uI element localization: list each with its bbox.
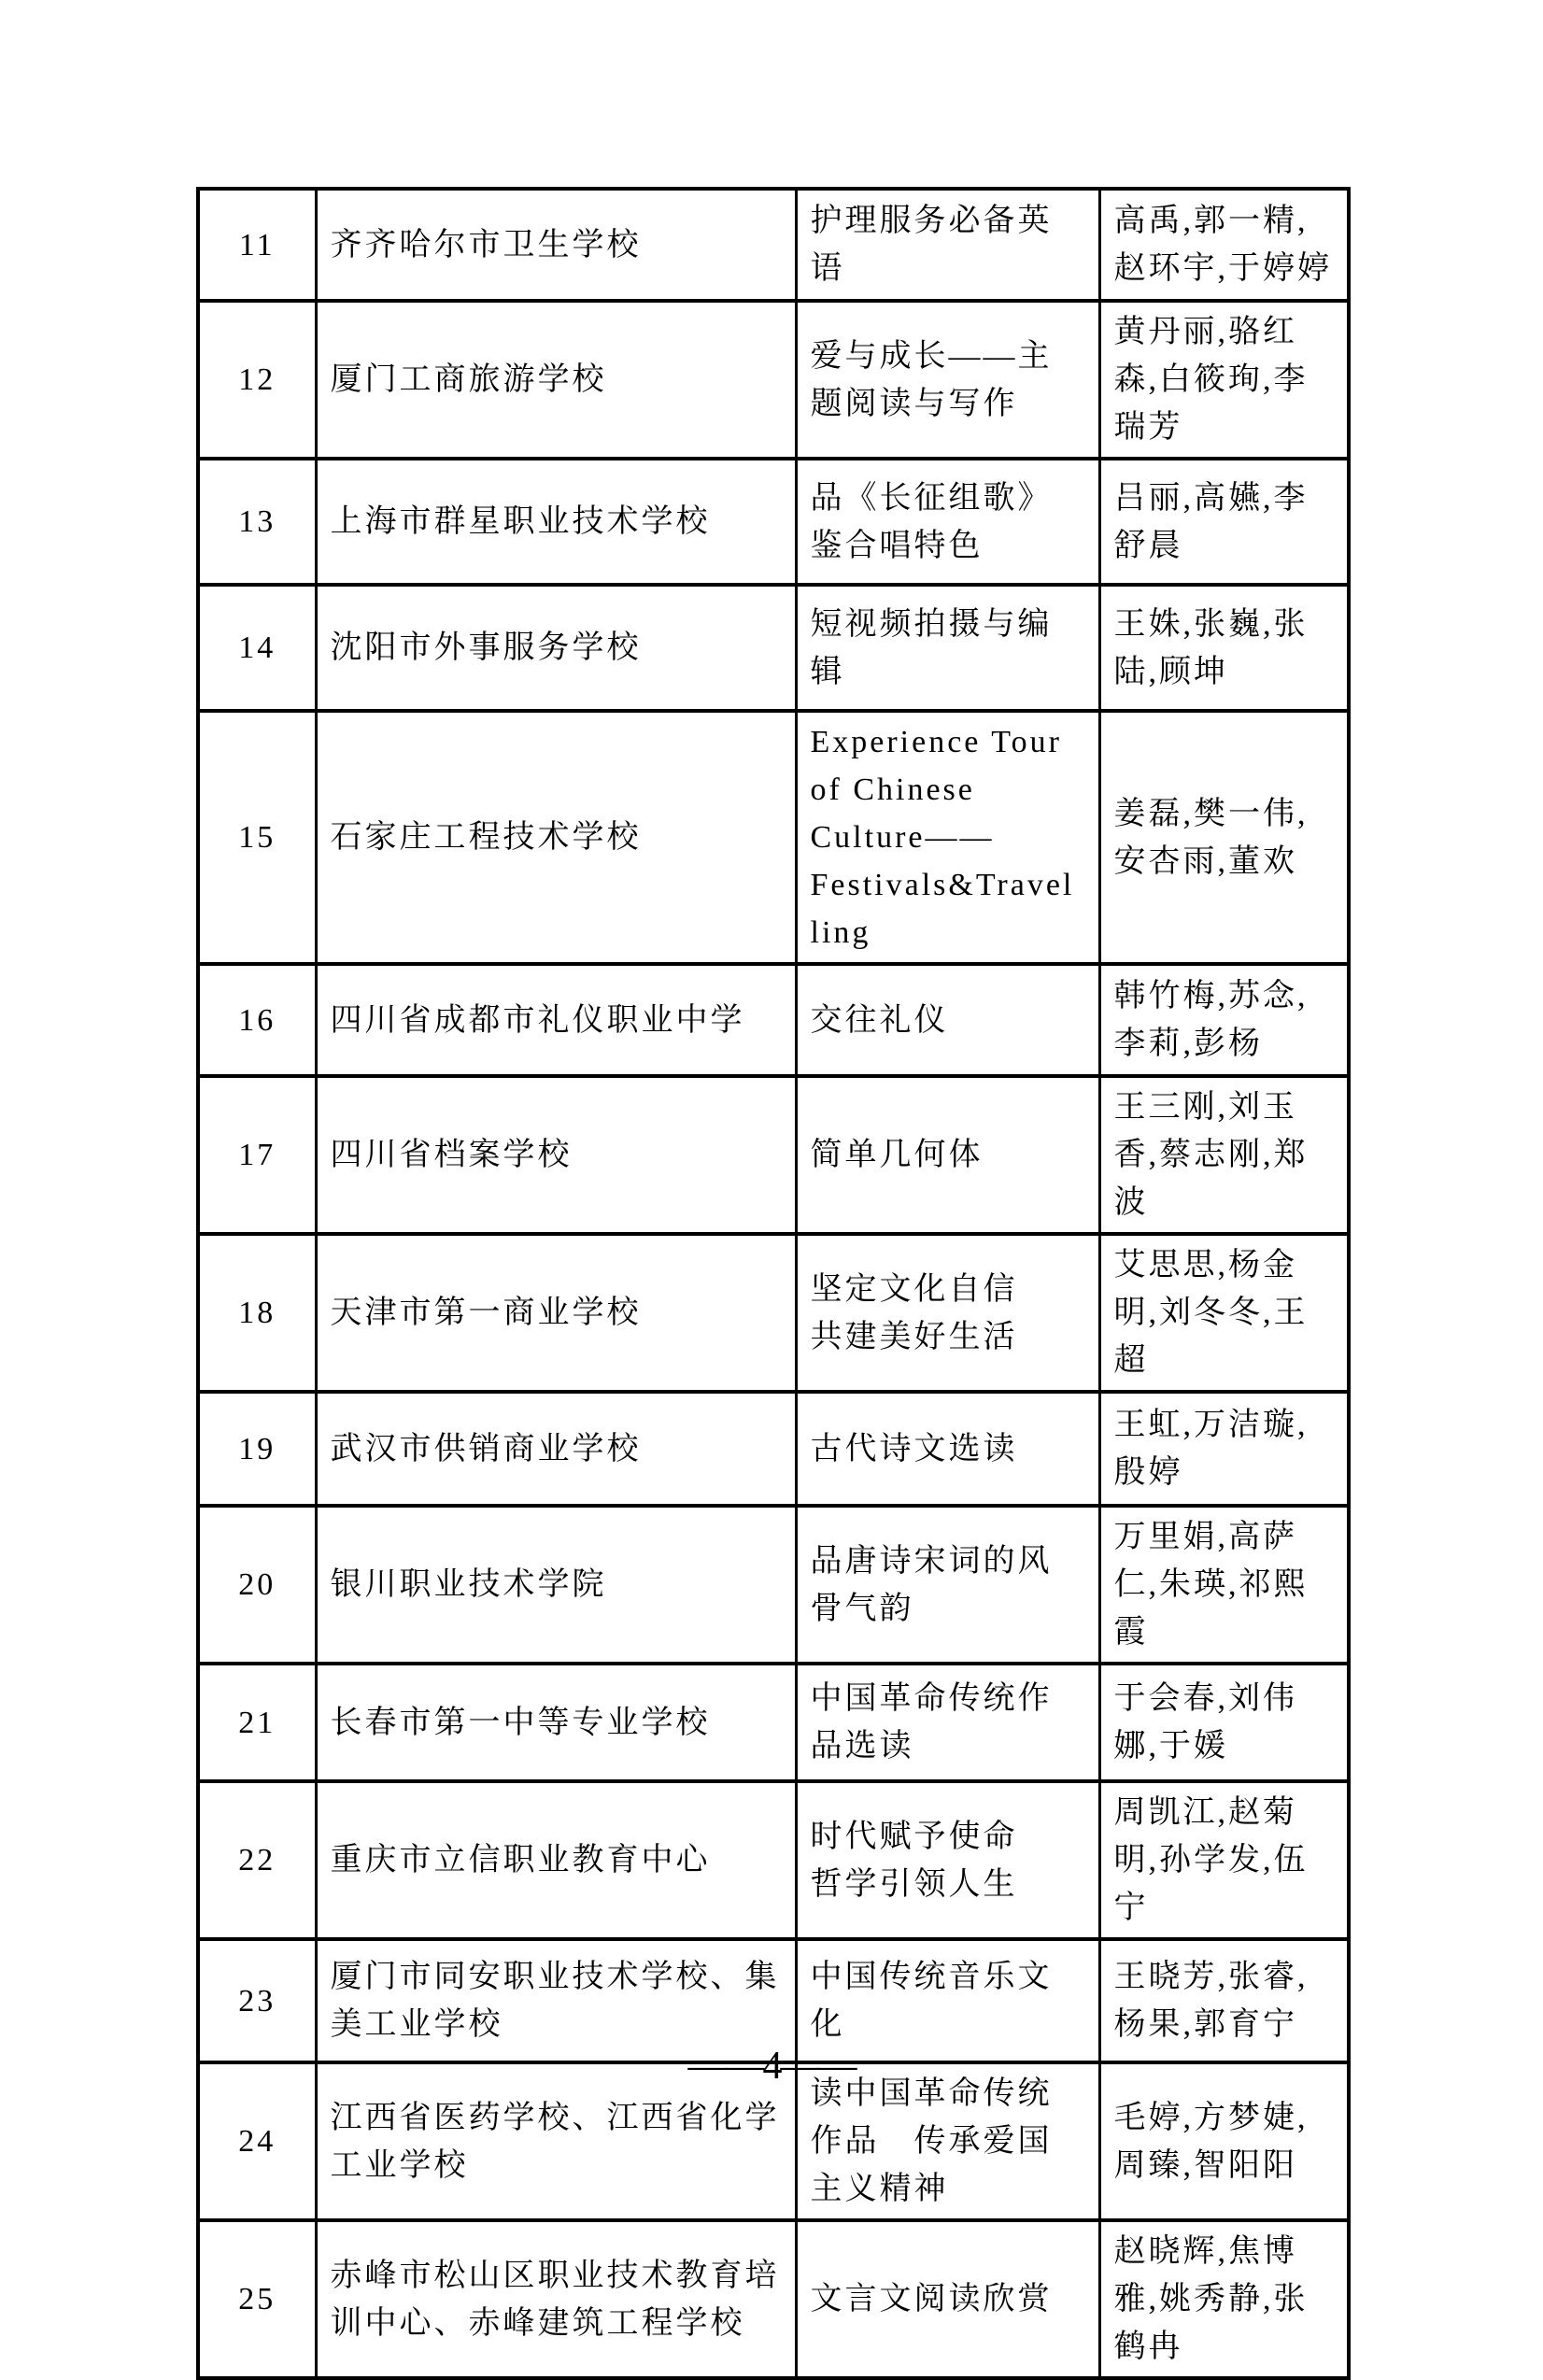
school-cell: 天津市第一商业学校 <box>316 1234 796 1392</box>
row-number-cell: 25 <box>198 2220 316 2378</box>
row-number-cell: 20 <box>198 1506 316 1664</box>
authors-cell: 王姝,张巍,张陆,顾坤 <box>1099 585 1349 711</box>
row-number-cell: 16 <box>198 964 316 1076</box>
row-number-cell: 19 <box>198 1392 316 1506</box>
course-cell: 短视频拍摄与编辑 <box>796 585 1099 711</box>
table-row: 25 赤峰市松山区职业技术教育培训中心、赤峰建筑工程学校 文言文阅读欣赏 赵晓辉… <box>198 2220 1349 2378</box>
authors-cell: 王三刚,刘玉香,蔡志刚,郑波 <box>1099 1076 1349 1234</box>
table-row: 13 上海市群星职业技术学校 品《长征组歌》 鉴合唱特色 吕丽,高嬿,李舒晨 <box>198 459 1349 585</box>
row-number-cell: 14 <box>198 585 316 711</box>
table-row: 21 长春市第一中等专业学校 中国革命传统作品选读 于会春,刘伟娜,于媛 <box>198 1664 1349 1781</box>
school-cell: 上海市群星职业技术学校 <box>316 459 796 585</box>
school-cell: 沈阳市外事服务学校 <box>316 585 796 711</box>
row-number-cell: 15 <box>198 711 316 964</box>
course-cell: 品《长征组歌》 鉴合唱特色 <box>796 459 1099 585</box>
course-cell: 简单几何体 <box>796 1076 1099 1234</box>
course-cell: 古代诗文选读 <box>796 1392 1099 1506</box>
row-number-cell: 17 <box>198 1076 316 1234</box>
authors-cell: 姜磊,樊一伟,安杏雨,董欢 <box>1099 711 1349 964</box>
authors-cell: 赵晓辉,焦博雅,姚秀静,张鹤冉 <box>1099 2220 1349 2378</box>
table-row: 12 厦门工商旅游学校 爱与成长——主题阅读与写作 黄丹丽,骆红森,白筱珣,李瑞… <box>198 301 1349 459</box>
school-cell: 石家庄工程技术学校 <box>316 711 796 964</box>
course-cell: 爱与成长——主题阅读与写作 <box>796 301 1099 459</box>
authors-cell: 艾思思,杨金明,刘冬冬,王超 <box>1099 1234 1349 1392</box>
table-row: 16 四川省成都市礼仪职业中学 交往礼仪 韩竹梅,苏念,李莉,彭杨 <box>198 964 1349 1076</box>
document-page: 11 齐齐哈尔市卫生学校 护理服务必备英语 高禹,郭一精,赵环宇,于婷婷 12 … <box>0 0 1543 2184</box>
table-row: 14 沈阳市外事服务学校 短视频拍摄与编辑 王姝,张巍,张陆,顾坤 <box>198 585 1349 711</box>
course-cell: 文言文阅读欣赏 <box>796 2220 1099 2378</box>
authors-cell: 王虹,万洁璇,殷婷 <box>1099 1392 1349 1506</box>
school-cell: 银川职业技术学院 <box>316 1506 796 1664</box>
row-number-cell: 12 <box>198 301 316 459</box>
table-row: 19 武汉市供销商业学校 古代诗文选读 王虹,万洁璇,殷婷 <box>198 1392 1349 1506</box>
school-cell: 重庆市立信职业教育中心 <box>316 1781 796 1939</box>
course-cell: 时代赋予使命 哲学引领人生 <box>796 1781 1099 1939</box>
table-row: 15 石家庄工程技术学校 Experience Tour of Chinese … <box>198 711 1349 964</box>
table-row: 22 重庆市立信职业教育中心 时代赋予使命 哲学引领人生 周凯江,赵菊明,孙学发… <box>198 1781 1349 1939</box>
authors-cell: 周凯江,赵菊明,孙学发,伍宁 <box>1099 1781 1349 1939</box>
authors-cell: 黄丹丽,骆红森,白筱珣,李瑞芳 <box>1099 301 1349 459</box>
school-cell: 齐齐哈尔市卫生学校 <box>316 189 796 301</box>
authors-cell: 韩竹梅,苏念,李莉,彭杨 <box>1099 964 1349 1076</box>
row-number-cell: 11 <box>198 189 316 301</box>
table-row: 11 齐齐哈尔市卫生学校 护理服务必备英语 高禹,郭一精,赵环宇,于婷婷 <box>198 189 1349 301</box>
row-number-cell: 13 <box>198 459 316 585</box>
row-number-cell: 22 <box>198 1781 316 1939</box>
table-row: 20 银川职业技术学院 品唐诗宋词的风骨气韵 万里娟,高萨仁,朱瑛,祁熙霞 <box>198 1506 1349 1664</box>
course-cell: 护理服务必备英语 <box>796 189 1099 301</box>
course-cell: 坚定文化自信 共建美好生活 <box>796 1234 1099 1392</box>
course-cell: Experience Tour of Chinese Culture——Fest… <box>796 711 1099 964</box>
table-row: 18 天津市第一商业学校 坚定文化自信 共建美好生活 艾思思,杨金明,刘冬冬,王… <box>198 1234 1349 1392</box>
authors-cell: 万里娟,高萨仁,朱瑛,祁熙霞 <box>1099 1506 1349 1664</box>
course-cell: 品唐诗宋词的风骨气韵 <box>796 1506 1099 1664</box>
school-cell: 四川省档案学校 <box>316 1076 796 1234</box>
row-number-cell: 21 <box>198 1664 316 1781</box>
row-number-cell: 18 <box>198 1234 316 1392</box>
authors-cell: 吕丽,高嬿,李舒晨 <box>1099 459 1349 585</box>
school-cell: 长春市第一中等专业学校 <box>316 1664 796 1781</box>
authors-cell: 于会春,刘伟娜,于媛 <box>1099 1664 1349 1781</box>
school-cell: 赤峰市松山区职业技术教育培训中心、赤峰建筑工程学校 <box>316 2220 796 2378</box>
course-cell: 交往礼仪 <box>796 964 1099 1076</box>
course-cell: 中国革命传统作品选读 <box>796 1664 1099 1781</box>
school-cell: 四川省成都市礼仪职业中学 <box>316 964 796 1076</box>
school-cell: 厦门工商旅游学校 <box>316 301 796 459</box>
authors-cell: 高禹,郭一精,赵环宇,于婷婷 <box>1099 189 1349 301</box>
page-number: ——4—— <box>0 2044 1543 2089</box>
table-row: 17 四川省档案学校 简单几何体 王三刚,刘玉香,蔡志刚,郑波 <box>198 1076 1349 1234</box>
school-cell: 武汉市供销商业学校 <box>316 1392 796 1506</box>
